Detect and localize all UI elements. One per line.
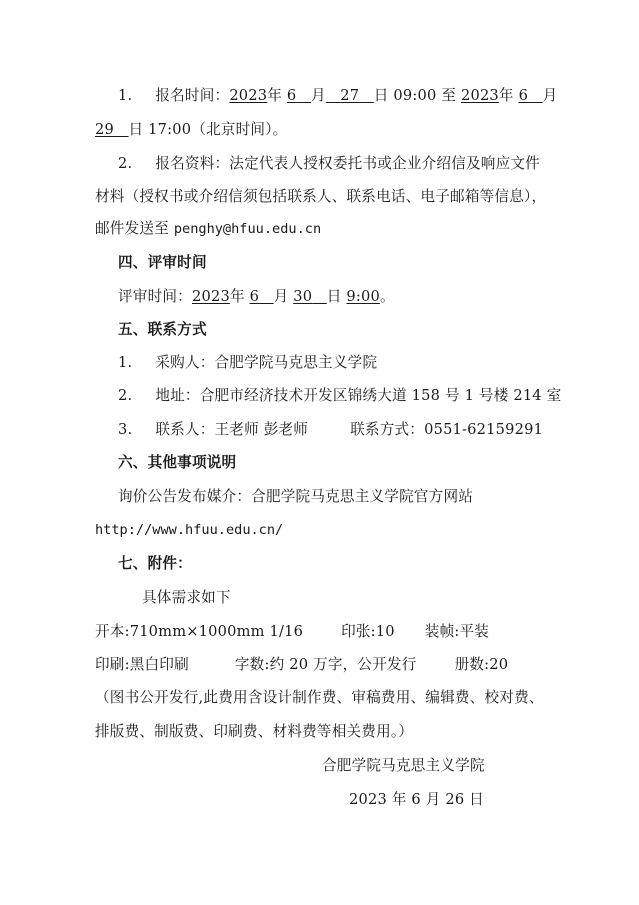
end-time: 17:00 [148, 121, 191, 138]
website-url[interactable]: http://www.hfuu.edu.cn/ [95, 520, 283, 540]
review-time-label: 评审时间： [118, 288, 192, 305]
email-address[interactable]: penghy@hfuu.edu.cn [174, 221, 321, 237]
registration-materials-line-2: 材料（授权书或介绍信须包括联系人、联系电话、电子邮箱等信息）， [95, 187, 546, 207]
start-month: 6 [287, 87, 311, 104]
day-unit: 日 [129, 121, 144, 138]
address-text: 地址：合肥市经济技术开发区锦绣大道 158 号 1 号楼 214 室 [155, 387, 561, 404]
review-month: 6 [250, 288, 274, 305]
word-count: 字数:约 20 万字，公开发行 [235, 656, 417, 673]
document-page: 1.报名时间：2023年 6 月 27 日 09:00 至 2023年 6 月 … [0, 0, 639, 905]
book-format: 开本:710mm×1000mm 1/16 [95, 623, 303, 640]
copy-count: 册数:20 [455, 656, 509, 673]
requirements-intro: 具体需求如下 [142, 588, 231, 608]
purchaser-text: 采购人：合肥学院马克思主义学院 [155, 354, 377, 371]
phone-number: 0551-62159291 [424, 421, 543, 438]
list-number: 2. [118, 155, 132, 172]
section-heading-review-time: 四、评审时间 [118, 253, 207, 273]
end-month: 6 [519, 87, 543, 104]
month-unit: 月 [274, 288, 289, 305]
spec-row-2: 印刷:黑白印刷字数:约 20 万字，公开发行册数:20 [95, 655, 508, 675]
contact-item-purchaser: 1.采购人：合肥学院马克思主义学院 [118, 353, 377, 373]
registration-time-line-1: 1.报名时间：2023年 6 月 27 日 09:00 至 2023年 6 月 [118, 86, 557, 106]
list-number: 3. [118, 421, 132, 438]
year-unit: 年 [267, 87, 282, 104]
signature-organization: 合肥学院马克思主义学院 [322, 756, 485, 776]
registration-materials-text: 报名资料：法定代表人授权委托书或企业介绍信及响应文件 [155, 155, 540, 172]
contact-person-text: 联系人：王老师 彭老师 [155, 421, 308, 438]
timezone-note: （北京时间）。 [191, 121, 287, 138]
registration-materials-line-3: 邮件发送至 penghy@hfuu.edu.cn [95, 219, 321, 239]
registration-time-label: 报名时间： [155, 87, 229, 104]
contact-method-label: 联系方式： [350, 421, 424, 438]
printed-sheets: 印张:10 [341, 623, 395, 640]
section-heading-other: 六、其他事项说明 [118, 453, 236, 473]
review-time-line: 评审时间：2023年 6 月 30 日 9:00。 [118, 287, 395, 307]
binding-type: 装帧:平装 [425, 623, 489, 640]
spec-row-1: 开本:710mm×1000mm 1/16印张:10装帧:平装 [95, 622, 489, 642]
year-unit: 年 [499, 87, 514, 104]
year-unit: 年 [230, 288, 245, 305]
list-number: 2. [118, 387, 132, 404]
start-year: 2023 [229, 87, 267, 104]
contact-item-person: 3.联系人：王老师 彭老师联系方式：0551-62159291 [118, 420, 543, 440]
email-prefix: 邮件发送至 [95, 220, 169, 237]
signature-date: 2023 年 6 月 26 日 [349, 790, 484, 810]
end-year: 2023 [461, 87, 499, 104]
fee-note-line-2: 排版费、制版费、印刷费、材料费等相关费用。） [95, 722, 413, 742]
end-day: 29 [95, 121, 129, 138]
month-unit: 月 [311, 87, 326, 104]
registration-time-line-2: 29 日 17:00（北京时间）。 [95, 120, 287, 140]
review-year: 2023 [192, 288, 230, 305]
registration-materials-line-1: 2.报名资料：法定代表人授权委托书或企业介绍信及响应文件 [118, 154, 540, 174]
review-time: 9:00 [346, 288, 380, 305]
day-unit: 日 [327, 288, 342, 305]
section-heading-contact: 五、联系方式 [118, 320, 207, 340]
fee-note-line-1: （图书公开发行,此费用含设计制作费、审稿费用、编辑费、校对费、 [95, 688, 544, 708]
start-time: 09:00 [393, 87, 436, 104]
printing-type: 印刷:黑白印刷 [95, 656, 189, 673]
section-heading-attachment: 七、附件： [118, 554, 192, 574]
list-number: 1. [118, 87, 132, 104]
period: 。 [380, 288, 395, 305]
month-unit: 月 [543, 87, 558, 104]
publication-media-line: 询价公告发布媒介：合肥学院马克思主义学院官方网站 [118, 487, 473, 507]
contact-item-address: 2.地址：合肥市经济技术开发区锦绣大道 158 号 1 号楼 214 室 [118, 386, 561, 406]
to-word: 至 [441, 87, 456, 104]
start-day: 27 [326, 87, 374, 104]
list-number: 1. [118, 354, 132, 371]
review-day: 30 [293, 288, 327, 305]
day-unit: 日 [374, 87, 389, 104]
